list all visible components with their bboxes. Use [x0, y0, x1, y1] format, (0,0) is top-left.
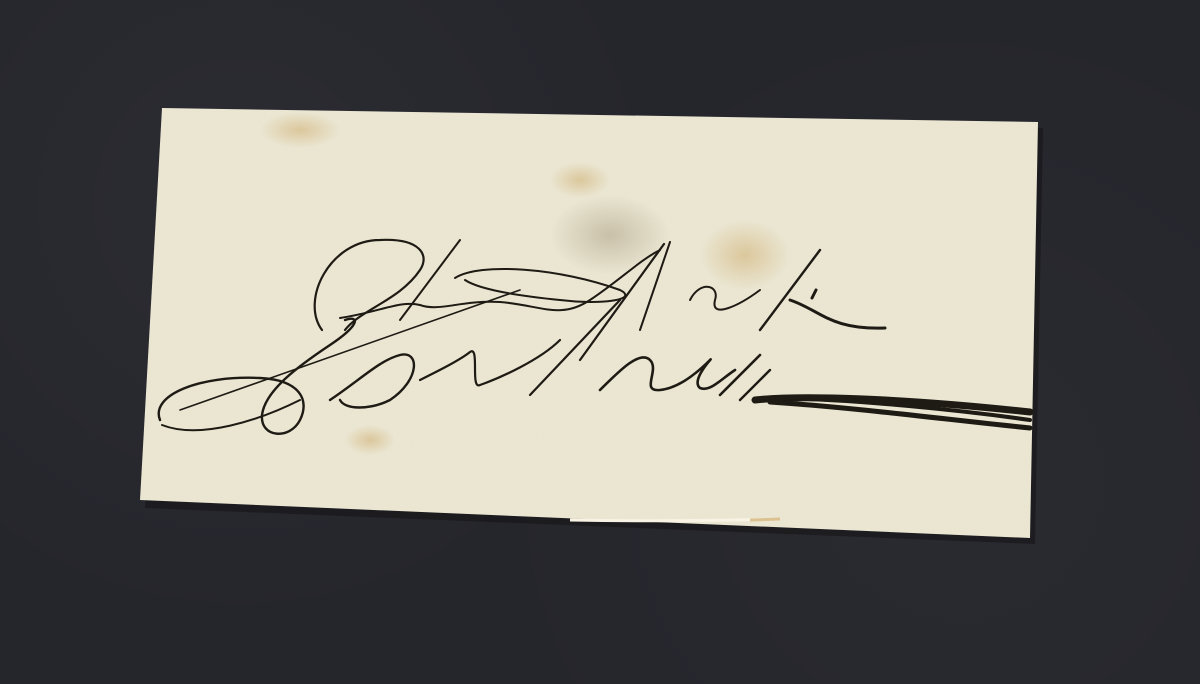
signature-slip: [0, 0, 1200, 684]
photo-scene: Gioseffo Bolchini: [0, 0, 1200, 684]
